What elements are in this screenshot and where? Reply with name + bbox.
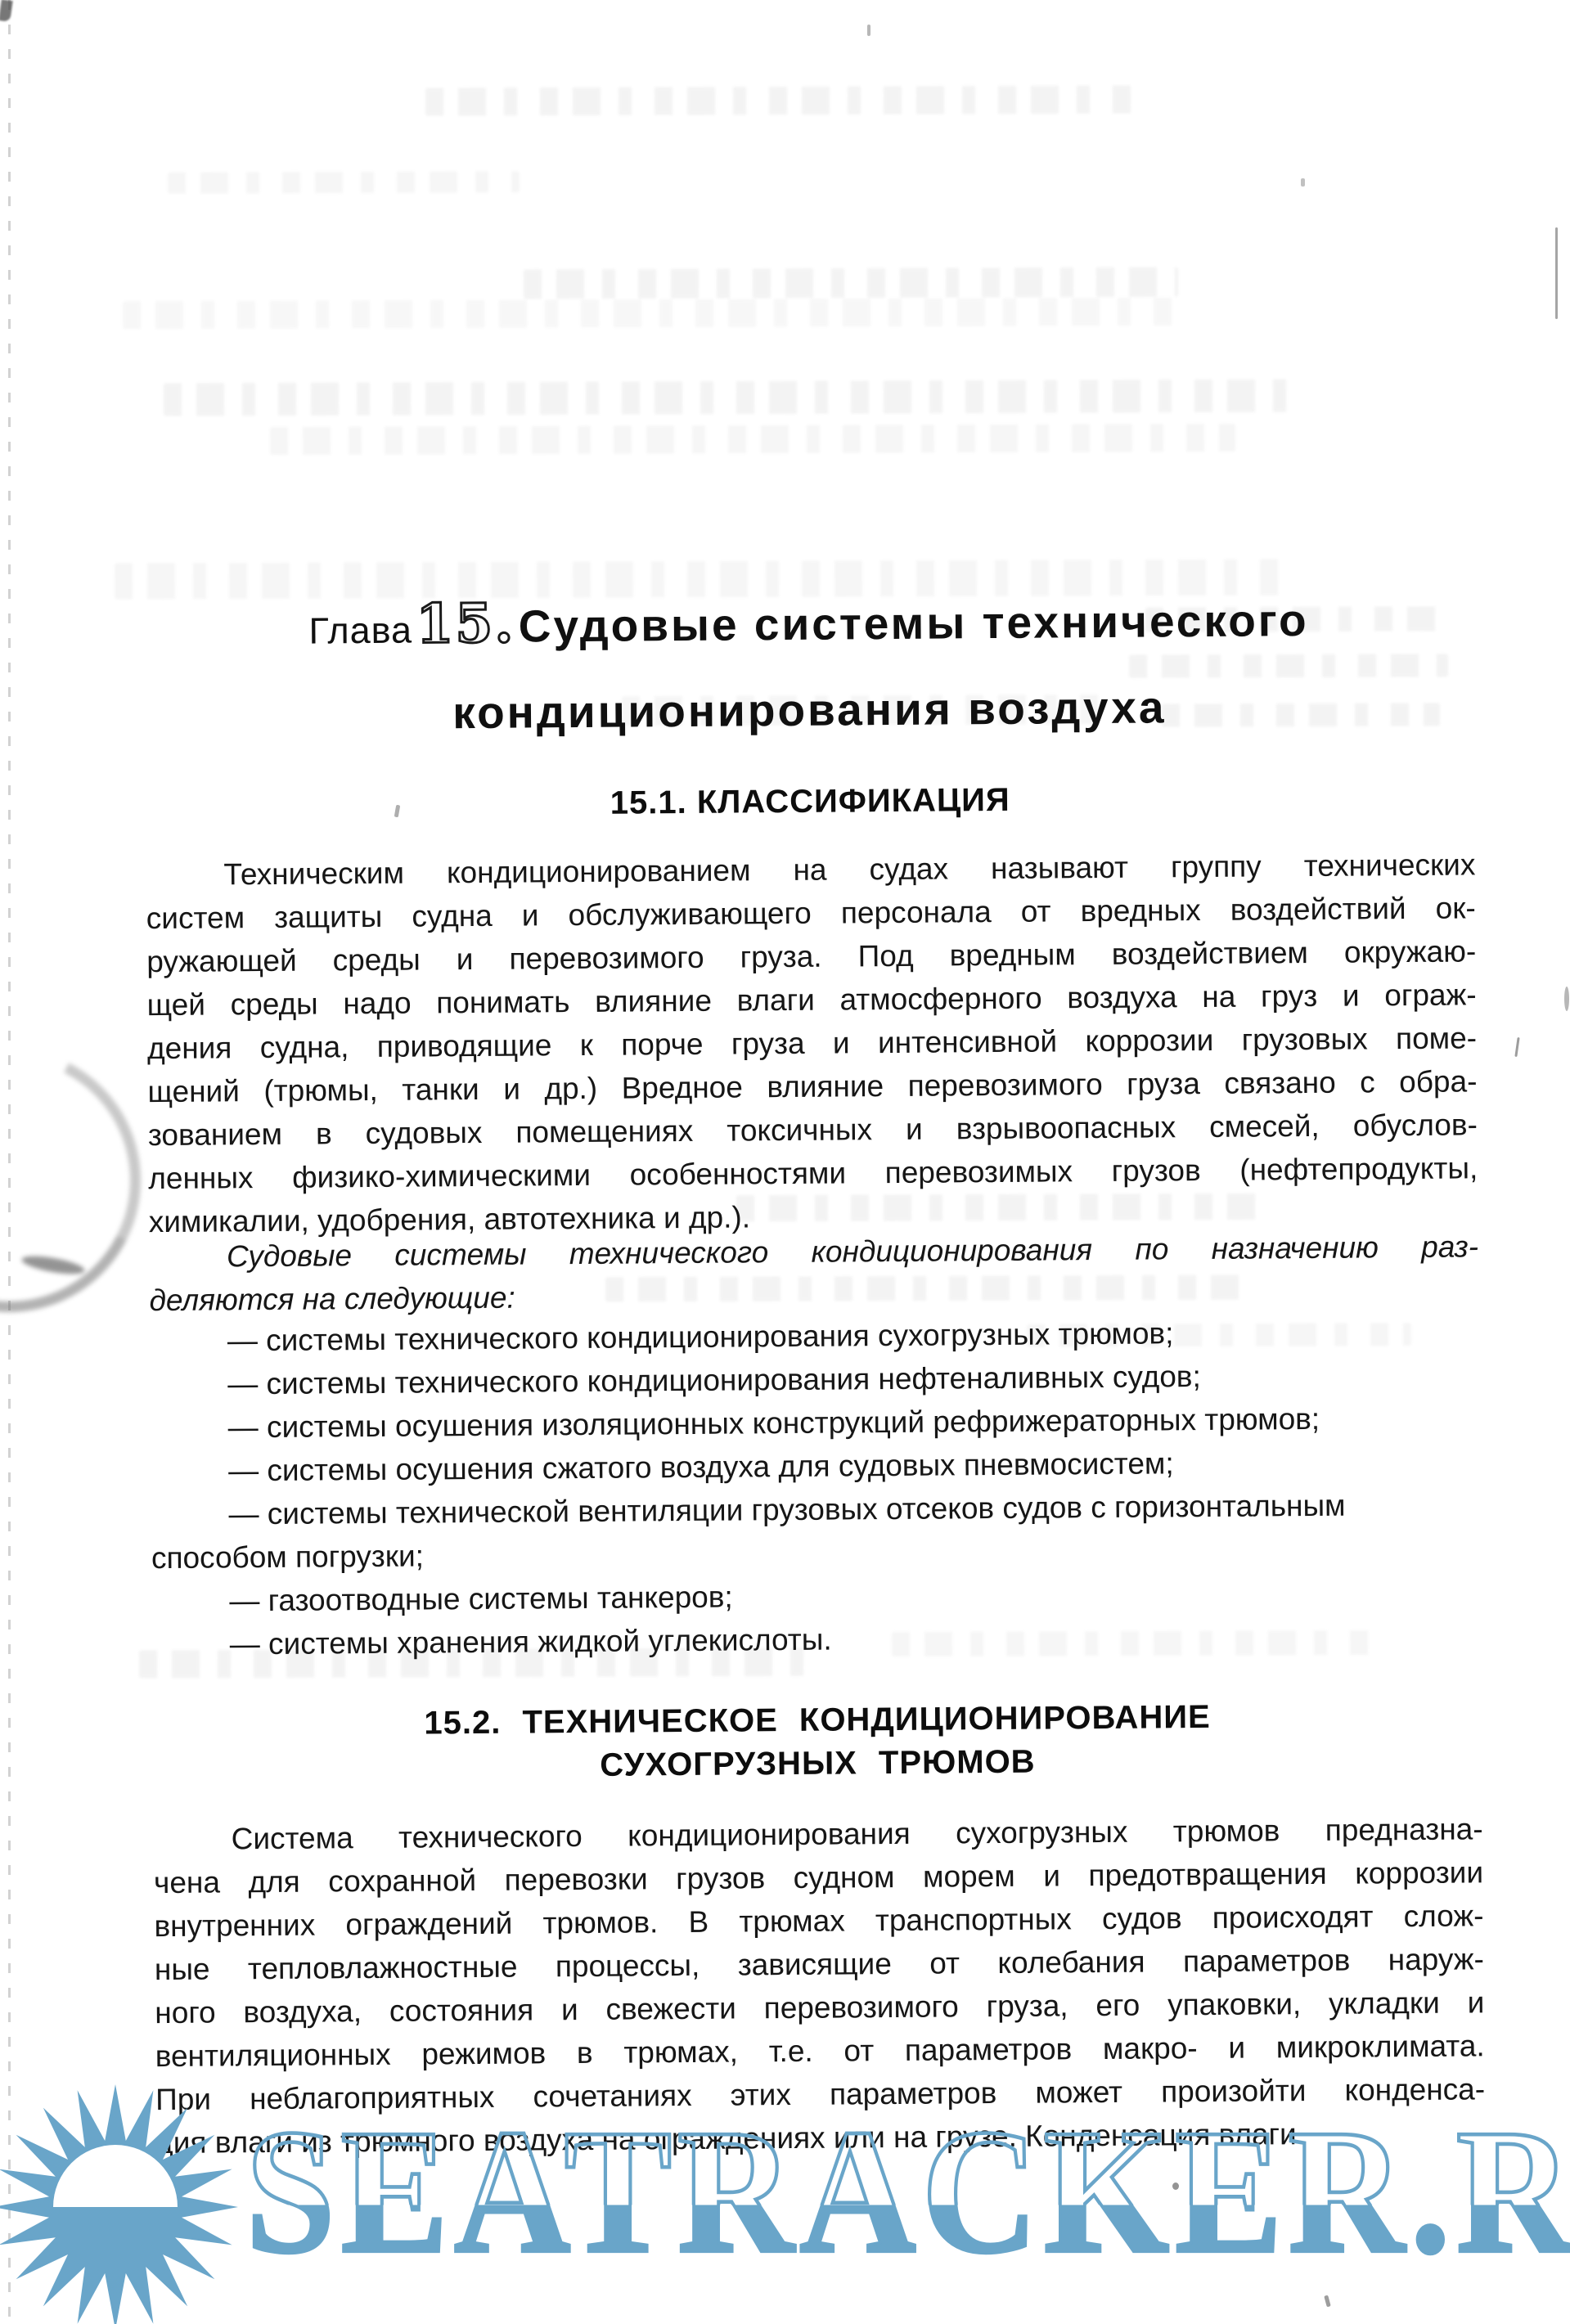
chapter-label: Глава (308, 609, 412, 652)
paragraph-classification-intro: Техническим кондиционированием на судах … (146, 843, 1478, 1243)
chapter-heading-line1: Глава 15. Судовые системы технического (144, 577, 1474, 680)
chapter-title-text: Судовые системы технического (519, 595, 1309, 652)
sun-burst-icon (0, 2084, 238, 2324)
text-line: ция влаги из трюмного воздуха на огражде… (155, 2110, 1485, 2164)
systems-list: — системы технического кондиционирования… (150, 1309, 1482, 1666)
scanned-book-page: Глава 15. Судовые системы технического к… (0, 0, 1570, 2324)
section-15-1-heading: 15.1. КЛАССИФИКАЦИЯ (146, 778, 1475, 825)
paragraph-dry-cargo-holds: Система технического кондиционирования с… (153, 1807, 1485, 2164)
list-item: — системы технической вентиляции грузовы… (151, 1482, 1481, 1580)
paragraph-systems-purpose: Судовые системы технического кондиционир… (149, 1225, 1479, 1322)
page-content: Глава 15. Судовые системы технического к… (0, 0, 1570, 2324)
section-15-2-heading: 15.2. ТЕХНИЧЕСКОЕ КОНДИЦИОНИРОВАНИЕ СУХО… (152, 1693, 1482, 1791)
chapter-heading-line2: кондиционирования воздуха (145, 669, 1475, 750)
text-line: — системы хранения жидкой углекислоты. (152, 1612, 1482, 1666)
list-item: — системы хранения жидкой углекислоты. (152, 1612, 1482, 1666)
section-15-2-heading-line2: СУХОГРУЗНЫХ ТРЮМОВ (153, 1737, 1482, 1791)
chapter-heading: Глава 15. Судовые системы технического к… (144, 577, 1475, 750)
chapter-number: 15. (416, 591, 515, 656)
